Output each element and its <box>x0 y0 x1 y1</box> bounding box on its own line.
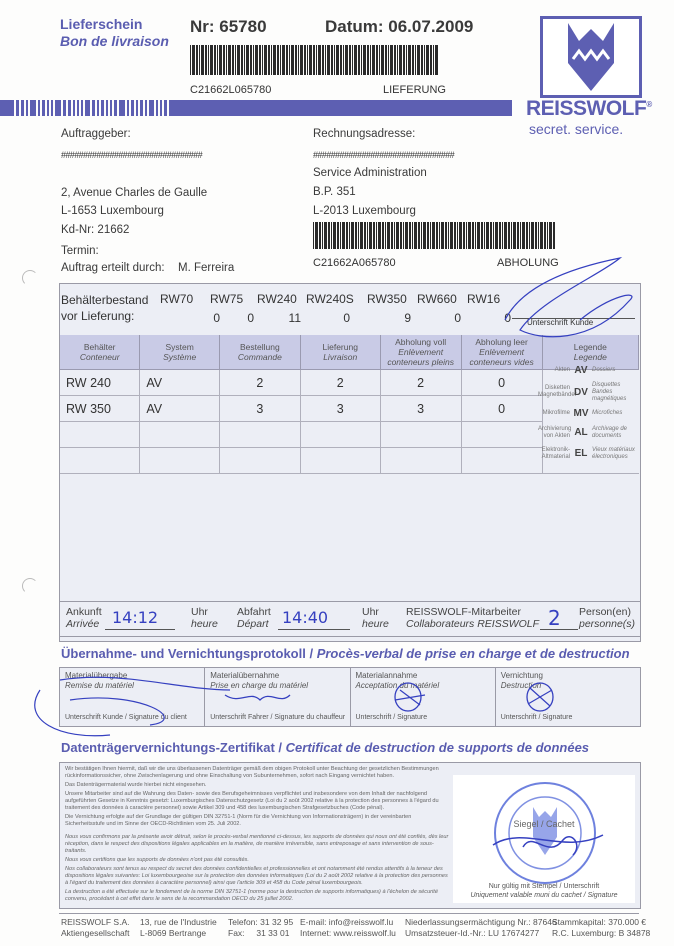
reisswolf-logo <box>540 16 642 98</box>
stock-col-header: RW660 <box>417 292 457 306</box>
certificate-paragraph-fr: Nous vous confirmons par la présente avo… <box>65 834 449 855</box>
stock-col-value: 0 <box>210 311 254 325</box>
pickup-barcode <box>313 222 559 249</box>
arrival-label: AnkunftArrivée <box>66 606 102 630</box>
table-cell[interactable]: AV <box>140 370 220 396</box>
stock-col-header: RW70 <box>160 292 193 306</box>
header-stripe <box>0 100 512 116</box>
document-date: Datum: 06.07.2009 <box>325 17 473 37</box>
persons-label: Person(en)personne(s) <box>579 606 635 630</box>
delivery-barcode <box>190 45 440 75</box>
table-cell[interactable]: 2 <box>300 370 380 396</box>
stock-col-value: 0 <box>417 311 461 325</box>
departure-time[interactable]: 14:40 <box>282 608 328 627</box>
table-cell[interactable] <box>140 422 220 448</box>
stock-col-header: RW350 <box>367 292 407 306</box>
table-cell[interactable] <box>60 422 140 448</box>
client-label: Auftraggeber: <box>61 128 131 140</box>
billing-line3: L-2013 Luxembourg <box>313 205 416 217</box>
legend-item: Disketten MagnetbänderDVDisquettes Bande… <box>538 379 638 405</box>
certificate-text: Wir bestätigen Ihnen hiermit, daß wir di… <box>65 766 449 905</box>
customer-signature-label: Unterschrift Kunde <box>527 318 593 327</box>
hour-label-2: Uhrheure <box>362 606 389 630</box>
certificate-box: Wir bestätigen Ihnen hiermit, daß wir di… <box>59 762 641 909</box>
punch-hole <box>22 270 38 286</box>
appointment-label: Termin: <box>61 245 99 257</box>
table-cell[interactable] <box>461 448 542 474</box>
ordered-by-name: M. Ferreira <box>178 262 234 274</box>
stamp-label: Siegel / Cachet <box>453 819 635 829</box>
certificate-paragraph-de: Das Datenträgermaterial wurde hierbei ni… <box>65 782 449 789</box>
table-cell[interactable]: AV <box>140 396 220 422</box>
table-cell[interactable]: RW 350 <box>60 396 140 422</box>
company-stamp-icon <box>453 775 635 885</box>
table-cell[interactable] <box>140 448 220 474</box>
certificate-paragraph-fr: La destruction a été effectuée sur le fo… <box>65 889 449 903</box>
footer-contact: E-mail: info@reisswolf.luInternet: www.r… <box>300 917 396 939</box>
table-cell[interactable] <box>300 448 380 474</box>
punch-hole <box>22 578 38 594</box>
protocol-signature-cell[interactable]: MaterialübernahmePrise en charge du maté… <box>205 668 350 726</box>
footer-company: REISSWOLF S.A.Aktiengesellschaft <box>61 917 130 939</box>
client-street: 2, Avenue Charles de Gaulle <box>61 187 207 199</box>
time-bar: AnkunftArrivée 14:12 Uhrheure AbfahrtDép… <box>59 601 641 637</box>
certificate-paragraph-de: Die Vernichtung erfolgte auf der Grundla… <box>65 814 449 828</box>
delivery-type: LIEFERUNG <box>383 84 446 96</box>
wolf-head-icon <box>543 19 639 95</box>
protocol-signature-cell[interactable]: MaterialübergabeRemise du matérielUnters… <box>60 668 205 726</box>
column-header: BestellungCommande <box>219 335 300 370</box>
stock-col-header: RW16 <box>467 292 500 306</box>
footer-divider <box>59 913 639 914</box>
pickup-type: ABHOLUNG <box>497 257 559 269</box>
legend-item: Elektronik-AltmaterialELVieux matériaux … <box>538 443 638 464</box>
staff-count[interactable]: 2 <box>548 606 561 630</box>
column-header: LieferungLivraison <box>300 335 380 370</box>
table-cell[interactable] <box>219 448 300 474</box>
table-cell[interactable] <box>461 422 542 448</box>
valid-note-de: Nur gültig mit Stempel / Unterschrift <box>453 883 635 890</box>
certificate-paragraph-de: Wir bestätigen Ihnen hiermit, daß wir di… <box>65 766 449 780</box>
stamp-area: Siegel / Cachet Nur gültig mit Stempel /… <box>453 775 635 903</box>
table-cell[interactable] <box>300 422 380 448</box>
stock-col-header: RW240S <box>306 292 354 306</box>
table-cell[interactable]: 0 <box>461 396 542 422</box>
column-header: Abholung vollEnlèvement conteneurs plein… <box>380 335 461 370</box>
footer-registration: Niederlassungsermächtigung Nr.: 87646Ums… <box>405 917 557 939</box>
ordered-by-label: Auftrag erteilt durch: <box>61 262 165 274</box>
arrival-time[interactable]: 14:12 <box>112 608 158 627</box>
client-name-masked: ################################ <box>61 150 202 160</box>
stock-col-header: RW75 <box>210 292 243 306</box>
valid-note-fr: Uniquement valable muni du cachet / Sign… <box>453 892 635 899</box>
billing-label: Rechnungsadresse: <box>313 128 415 140</box>
table-cell[interactable]: 0 <box>461 370 542 396</box>
table-cell[interactable] <box>60 448 140 474</box>
pickup-barcode-text: C21662A065780 <box>313 257 396 269</box>
billing-name-masked: ################################ <box>313 150 454 160</box>
protocol-title: Übernahme- und Vernichtungsprotokoll / P… <box>61 646 630 661</box>
client-city: L-1653 Luxembourg <box>61 205 164 217</box>
stock-col-header: RW240 <box>257 292 297 306</box>
stock-col-value: 11 <box>257 311 301 325</box>
stock-col-value: 9 <box>367 311 411 325</box>
table-cell[interactable]: 3 <box>219 396 300 422</box>
footer-capital: Stammkapital: 370.000 €R.C. Luxemburg: B… <box>552 917 650 939</box>
protocol-signatures: MaterialübergabeRemise du matérielUnters… <box>59 667 641 727</box>
billing-line2: B.P. 351 <box>313 186 356 198</box>
column-header: SystemSystème <box>140 335 220 370</box>
table-cell[interactable]: 3 <box>380 396 461 422</box>
protocol-signature-cell[interactable]: MaterialannahmeAcceptation du matérielUn… <box>351 668 496 726</box>
stock-col-value: 0 <box>306 311 350 325</box>
table-cell[interactable]: 2 <box>380 370 461 396</box>
table-cell[interactable]: RW 240 <box>60 370 140 396</box>
certificate-paragraph-fr: Nos collaborateurs sont tenus au respect… <box>65 866 449 887</box>
legend-item: Archivierung von AktenALArchivage de doc… <box>538 422 638 443</box>
column-header: BehälterConteneur <box>60 335 140 370</box>
table-cell[interactable] <box>380 422 461 448</box>
footer-phone: Telefon: 31 32 95Fax: 31 33 01 <box>228 917 293 939</box>
brand-name: REISSWOLF® <box>526 97 652 121</box>
website-link[interactable]: Internet: www.reisswolf.lu <box>300 928 396 939</box>
departure-label: AbfahrtDépart <box>237 606 271 630</box>
stock-col-value: 0 <box>467 311 511 325</box>
table-cell[interactable] <box>219 422 300 448</box>
document-title-de: Lieferschein <box>60 16 142 32</box>
certificate-paragraph-fr: Nous vous certifions que les supports de… <box>65 857 449 864</box>
table-cell[interactable]: 2 <box>219 370 300 396</box>
staff-label: REISSWOLF-MitarbeiterCollaborateurs REIS… <box>406 606 539 630</box>
legend: AktenAVDossiersDisketten MagnetbänderDVD… <box>538 362 638 464</box>
email-link[interactable]: E-mail: info@reisswolf.lu <box>300 917 396 928</box>
stock-label: Behälterbestand vor Lieferung: <box>61 292 148 324</box>
column-header: Abholung leerEnlèvement conteneurs vides <box>461 335 542 370</box>
billing-line1: Service Administration <box>313 167 427 179</box>
legend-item: MikrofilmeMVMicrofiches <box>538 405 638 422</box>
document-title-fr: Bon de livraison <box>60 33 169 49</box>
certificate-paragraph-de: Unsere Mitarbeiter sind auf die Wahrung … <box>65 791 449 812</box>
legend-item: AktenAVDossiers <box>538 362 638 379</box>
table-cell[interactable] <box>380 448 461 474</box>
delivery-number: Nr: 65780 <box>190 17 267 37</box>
customer-number: Kd-Nr: 21662 <box>61 224 129 236</box>
protocol-signature-cell[interactable]: VernichtungDestructionUnterschrift / Sig… <box>496 668 640 726</box>
certificate-title: Datenträgervernichtungs-Zertifikat / Cer… <box>61 740 589 755</box>
table-cell[interactable]: 3 <box>300 396 380 422</box>
brand-tagline: secret. service. <box>529 121 623 137</box>
hour-label-1: Uhrheure <box>191 606 218 630</box>
footer-address: 13, rue de l'IndustrieL-8069 Bertrange <box>140 917 217 939</box>
delivery-barcode-text: C21662L065780 <box>190 84 271 96</box>
